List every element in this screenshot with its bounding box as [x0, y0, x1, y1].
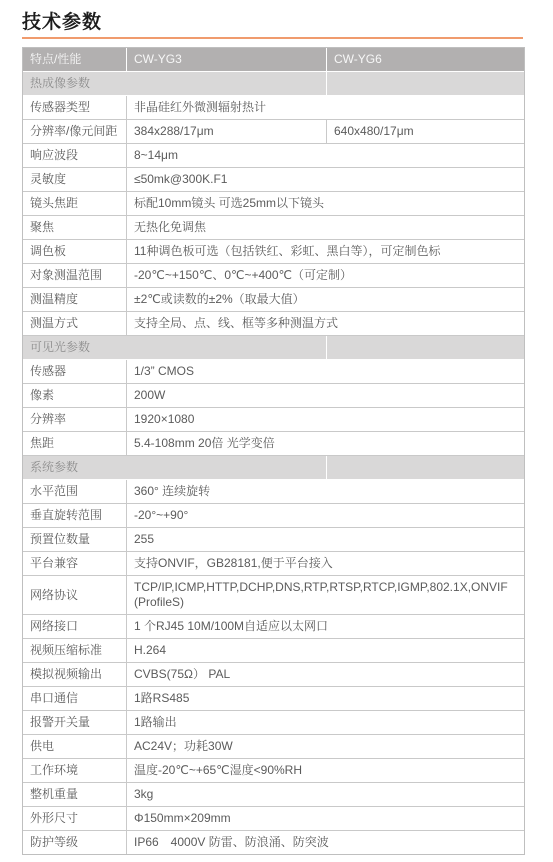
spec-label: 网络协议	[23, 576, 127, 615]
page-title: 技术参数	[22, 12, 553, 34]
spec-value: 1路RS485	[127, 687, 524, 711]
spec-value: 11种调色板可选（包括铁红、彩虹、黑白等），可定制色标	[127, 240, 524, 264]
spec-value: CVBS(75Ω） PAL	[127, 663, 524, 687]
header-row: 特点/性能 CW-YG3 CW-YG6	[23, 48, 524, 72]
spec-row: 水平范围360° 连续旋转	[23, 480, 524, 504]
spec-table-header: 特点/性能 CW-YG3 CW-YG6	[23, 48, 524, 72]
spec-row: 整机重量3kg	[23, 783, 524, 807]
spec-value: H.264	[127, 639, 524, 663]
spec-label: 传感器	[23, 360, 127, 384]
spec-value: 1/3” CMOS	[127, 360, 524, 384]
spec-value: -20℃~+150℃、0℃~+400℃（可定制）	[127, 264, 524, 288]
spec-value: 支持全局、点、线、框等多种测温方式	[127, 312, 524, 336]
section-row: 系统参数	[23, 456, 524, 480]
spec-label: 视频压缩标准	[23, 639, 127, 663]
spec-value-model2: 640x480/17μm	[327, 120, 524, 144]
spec-value: 3kg	[127, 783, 524, 807]
spec-value: 5.4-108mm 20倍 光学变倍	[127, 432, 524, 456]
spec-value: 1路输出	[127, 711, 524, 735]
spec-label: 调色板	[23, 240, 127, 264]
spec-label: 像素	[23, 384, 127, 408]
spec-table: 特点/性能 CW-YG3 CW-YG6 热成像参数传感器类型非晶硅红外微测辐射热…	[22, 47, 525, 855]
spec-row: 测温方式支持全局、点、线、框等多种测温方式	[23, 312, 524, 336]
spec-row: 报警开关量1路输出	[23, 711, 524, 735]
section-label: 可见光参数	[23, 336, 327, 360]
spec-value: 8~14μm	[127, 144, 524, 168]
spec-row: 测温精度±2℃或读数的±2%（取最大值）	[23, 288, 524, 312]
spec-label: 传感器类型	[23, 96, 127, 120]
spec-row: 传感器1/3” CMOS	[23, 360, 524, 384]
spec-label: 整机重量	[23, 783, 127, 807]
spec-label: 响应波段	[23, 144, 127, 168]
spec-row: 调色板11种调色板可选（包括铁红、彩虹、黑白等），可定制色标	[23, 240, 524, 264]
header-cell-feature: 特点/性能	[23, 48, 127, 72]
spec-label: 外形尺寸	[23, 807, 127, 831]
spec-row: 视频压缩标准H.264	[23, 639, 524, 663]
spec-label: 防护等级	[23, 831, 127, 854]
spec-row: 分辨率1920×1080	[23, 408, 524, 432]
spec-row: 网络协议TCP/IP,ICMP,HTTP,DCHP,DNS,RTP,RTSP,R…	[23, 576, 524, 615]
spec-value: ±2℃或读数的±2%（取最大值）	[127, 288, 524, 312]
spec-label: 工作环境	[23, 759, 127, 783]
spec-row: 灵敏度≤50mk@300K.F1	[23, 168, 524, 192]
spec-value: 标配10mm镜头 可选25mm以下镜头	[127, 192, 524, 216]
spec-label: 分辨率	[23, 408, 127, 432]
spec-row: 对象测温范围-20℃~+150℃、0℃~+400℃（可定制）	[23, 264, 524, 288]
spec-row: 响应波段8~14μm	[23, 144, 524, 168]
section-label: 热成像参数	[23, 72, 327, 96]
spec-row: 垂直旋转范围-20°~+90°	[23, 504, 524, 528]
spec-label: 模拟视频输出	[23, 663, 127, 687]
spec-value-model1: 384x288/17μm	[127, 120, 327, 144]
spec-label: 焦距	[23, 432, 127, 456]
section-row: 可见光参数	[23, 336, 524, 360]
spec-row: 串口通信1路RS485	[23, 687, 524, 711]
spec-value: ≤50mk@300K.F1	[127, 168, 524, 192]
spec-label: 测温精度	[23, 288, 127, 312]
section-label: 系统参数	[23, 456, 327, 480]
spec-value: -20°~+90°	[127, 504, 524, 528]
spec-value: 1920×1080	[127, 408, 524, 432]
section-empty-cell	[327, 456, 524, 480]
spec-label: 垂直旋转范围	[23, 504, 127, 528]
spec-label: 水平范围	[23, 480, 127, 504]
spec-label: 分辨率/像元间距	[23, 120, 127, 144]
spec-value: 255	[127, 528, 524, 552]
section-empty-cell	[327, 336, 524, 360]
spec-label: 串口通信	[23, 687, 127, 711]
spec-value: 非晶硅红外微测辐射热计	[127, 96, 524, 120]
spec-value: 1 个RJ45 10M/100M自适应以太网口	[127, 615, 524, 639]
section-row: 热成像参数	[23, 72, 524, 96]
spec-row: 像素200W	[23, 384, 524, 408]
spec-row: 预置位数量255	[23, 528, 524, 552]
section-empty-cell	[327, 72, 524, 96]
spec-value: 支持ONVIF，GB28181,便于平台接入	[127, 552, 524, 576]
spec-value: TCP/IP,ICMP,HTTP,DCHP,DNS,RTP,RTSP,RTCP,…	[127, 576, 524, 615]
spec-label: 平台兼容	[23, 552, 127, 576]
spec-label: 对象测温范围	[23, 264, 127, 288]
spec-label: 预置位数量	[23, 528, 127, 552]
spec-label: 聚焦	[23, 216, 127, 240]
spec-page: 技术参数 特点/性能 CW-YG3 CW-YG6 热成像参数传感器类型非晶硅红外…	[0, 0, 553, 862]
spec-row: 防护等级IP66 4000V 防雷、防浪涌、防突波	[23, 831, 524, 854]
spec-row: 平台兼容支持ONVIF，GB28181,便于平台接入	[23, 552, 524, 576]
spec-value: 无热化免调焦	[127, 216, 524, 240]
spec-row: 网络接口1 个RJ45 10M/100M自适应以太网口	[23, 615, 524, 639]
spec-value: 360° 连续旋转	[127, 480, 524, 504]
spec-row: 分辨率/像元间距384x288/17μm640x480/17μm	[23, 120, 524, 144]
spec-label: 测温方式	[23, 312, 127, 336]
spec-label: 灵敏度	[23, 168, 127, 192]
spec-label: 供电	[23, 735, 127, 759]
spec-row: 镜头焦距标配10mm镜头 可选25mm以下镜头	[23, 192, 524, 216]
spec-row: 聚焦无热化免调焦	[23, 216, 524, 240]
header-cell-model-cw-yg3: CW-YG3	[127, 48, 327, 72]
spec-row: 工作环境温度-20℃~+65℃湿度<90%RH	[23, 759, 524, 783]
spec-label: 报警开关量	[23, 711, 127, 735]
spec-row: 焦距5.4-108mm 20倍 光学变倍	[23, 432, 524, 456]
spec-value: 200W	[127, 384, 524, 408]
spec-value: 温度-20℃~+65℃湿度<90%RH	[127, 759, 524, 783]
spec-row: 模拟视频输出CVBS(75Ω） PAL	[23, 663, 524, 687]
spec-label: 网络接口	[23, 615, 127, 639]
spec-row: 传感器类型非晶硅红外微测辐射热计	[23, 96, 524, 120]
spec-value: AC24V；功耗30W	[127, 735, 524, 759]
title-underline	[22, 37, 523, 39]
header-cell-model-cw-yg6: CW-YG6	[327, 48, 524, 72]
spec-value: Φ150mm×209mm	[127, 807, 524, 831]
spec-row: 外形尺寸Φ150mm×209mm	[23, 807, 524, 831]
spec-row: 供电AC24V；功耗30W	[23, 735, 524, 759]
spec-table-body: 热成像参数传感器类型非晶硅红外微测辐射热计分辨率/像元间距384x288/17μ…	[23, 72, 524, 854]
spec-value: IP66 4000V 防雷、防浪涌、防突波	[127, 831, 524, 854]
spec-label: 镜头焦距	[23, 192, 127, 216]
